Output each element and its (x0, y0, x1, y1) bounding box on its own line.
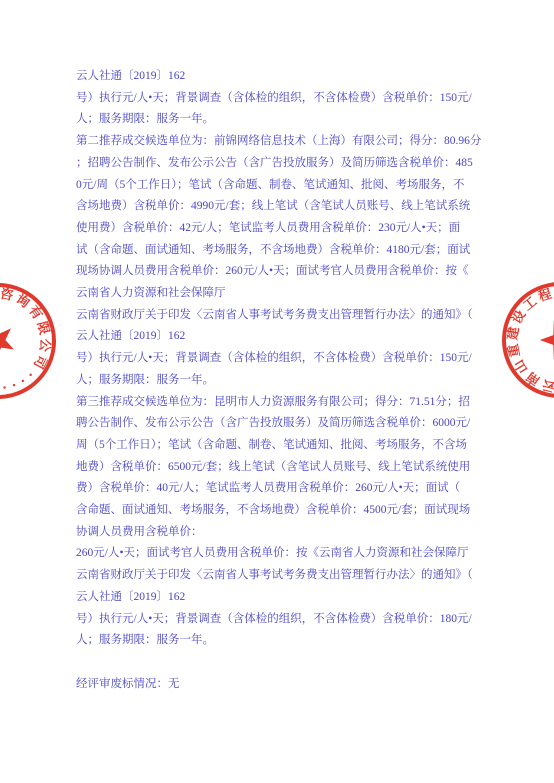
seal-ring (0, 273, 66, 409)
text-line: 费）含税单价：40元/人；笔试监考人员费用含税单价：260元/人•天；面试（ (76, 478, 496, 500)
seal-arc-text: 招标咨询有限公司 (0, 274, 62, 388)
text-line: ；招聘公告制作、发布公示公告（含广告投放服务）及简历筛选含税单价：485 (76, 153, 496, 175)
text-line: 第三推荐成交候选单位为：昆明市人力资源服务有限公司；得分：71.51分；招 (76, 392, 496, 414)
seal-arc-text: 云南山重建设工程 (498, 285, 554, 401)
seal-serial-dots (550, 376, 554, 390)
seal-left-graphic: 招标咨询有限公司 (0, 256, 83, 426)
text-line: 现场协调人员费用含税单价：260元/人•天；面试考官人员费用含税单价：按《 (76, 261, 496, 283)
text-line: 号）执行元/人•天；背景调查（含体检的组织，不含体检费）含税单价：180元/ (76, 609, 496, 631)
text-line: 云南省财政厅关于印发〈云南省人事考试考务费支出管理暂行办法〉的通知》（ (76, 305, 496, 327)
star-icon (0, 317, 20, 361)
text-line: 试（含命题、面试通知、考场服务，不含场地费）含税单价：4180元/套；面试 (76, 240, 496, 262)
text-line: 号）执行元/人•天；背景调查（含体检的组织，不含体检费）含税单价：150元/ (76, 348, 496, 370)
document-text: 云人社通〔2019〕162号）执行元/人•天；背景调查（含体检的组织，不含体检费… (76, 66, 496, 695)
star-icon (536, 315, 554, 361)
text-line: 云人社通〔2019〕162 (76, 326, 496, 348)
text-line: 人；服务期限：服务一年。 (76, 109, 496, 131)
seal-left: 招标咨询有限公司 (0, 256, 83, 426)
text-line: 周（5个工作日）；笔试（含命题、制卷、笔试通知、批阅、考场服务，不含场 (76, 435, 496, 457)
text-line: 云南省财政厅关于印发〈云南省人事考试考务费支出管理暂行办法〉的通知》（ (76, 565, 496, 587)
text-line: 含命题、面试通知、考场服务，不含场地费）含税单价：4500元/套；面试现场 (76, 500, 496, 522)
document-page: { "page": { "background": "#ffffff", "te… (0, 0, 554, 783)
text-line: 云南省人力资源和社会保障厅 (76, 283, 496, 305)
text-line: 第二推荐成交候选单位为：前锦网络信息技术（上海）有限公司；得分：80.96分 (76, 131, 496, 153)
text-line: 0元/周（5个工作日）；笔试（含命题、制卷、笔试通知、批阅、考场服务，不 (76, 175, 496, 197)
text-line: 260元/人•天；面试考官人员费用含税单价：按《云南省人力资源和社会保障厅 (76, 543, 496, 565)
seal-ring (497, 277, 554, 403)
text-line: 人；服务期限：服务一年。 (76, 370, 496, 392)
text-line: 含场地费）含税单价：4990元/套；线上笔试（含笔试人员账号、线上笔试系统 (76, 196, 496, 218)
text-line: 号）执行元/人•天；背景调查（含体检的组织，不含体检费）含税单价：150元/ (76, 88, 496, 110)
text-line: 经评审废标情况：无 (76, 674, 496, 696)
text-line: 聘公告制作、发布公示公告（含广告投放服务）及简历筛选含税单价：6000元/ (76, 413, 496, 435)
seal-serial-dots (0, 373, 34, 391)
text-line: 人；服务期限：服务一年。 (76, 630, 496, 652)
text-line: 云人社通〔2019〕162 (76, 587, 496, 609)
text-line: 地费）含税单价：6500元/套；线上笔试（含笔试人员账号、线上笔试系统使用 (76, 457, 496, 479)
text-line: 使用费）含税单价：42元/人；笔试监考人员费用含税单价：230元/人•天；面 (76, 218, 496, 240)
text-line (76, 652, 496, 674)
text-line: 协调人员费用含税单价： (76, 522, 496, 544)
text-line: 云人社通〔2019〕162 (76, 66, 496, 88)
